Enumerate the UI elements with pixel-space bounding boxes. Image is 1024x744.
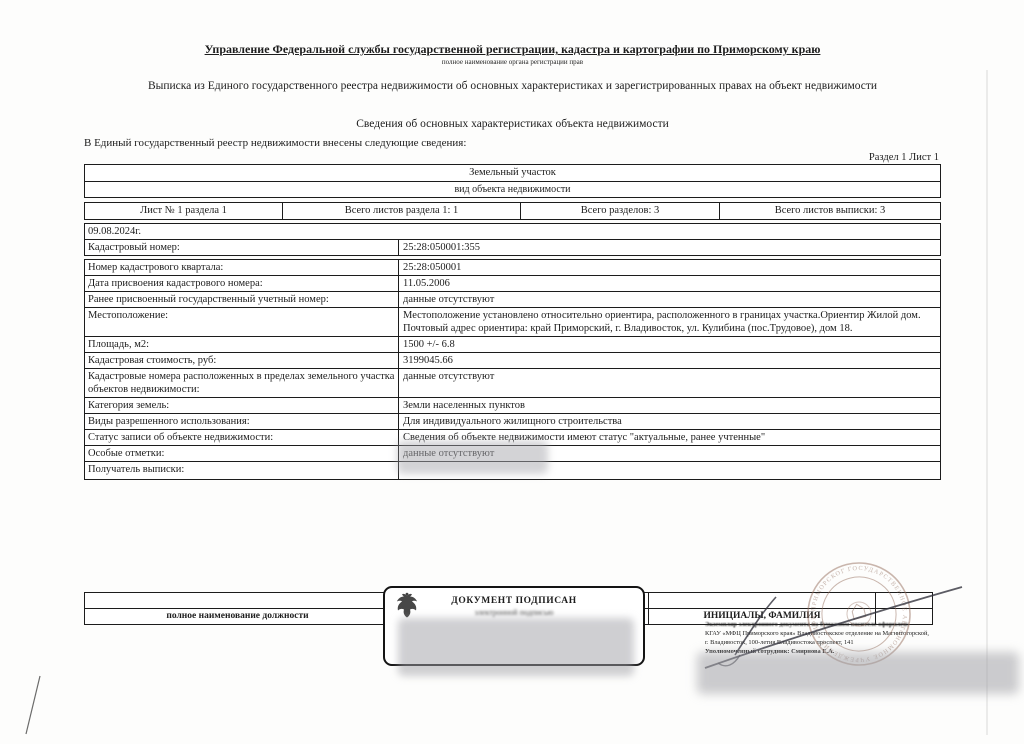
section-page-label: Раздел 1 Лист 1 <box>84 151 941 164</box>
table-row: Площадь, м2: 1500 +/- 6.8 <box>85 336 940 352</box>
row-label: Особые отметки: <box>85 446 399 461</box>
stamp-title: ДОКУМЕНТ ПОДПИСАН <box>385 596 643 607</box>
intro-line: В Единый государственный реестр недвижим… <box>84 137 941 150</box>
table-row: Категория земель: Земли населенных пункт… <box>85 397 940 413</box>
row-value: 1500 +/- 6.8 <box>399 337 940 352</box>
table-row: Номер кадастрового квартала: 25:28:05000… <box>85 260 940 275</box>
sheet-cell: Всего листов раздела 1: 1 <box>283 203 521 219</box>
row-label: Категория земель: <box>85 398 399 413</box>
row-label: Получатель выписки: <box>85 462 399 479</box>
row-label: Дата присвоения кадастрового номера: <box>85 276 399 291</box>
org-subtitle: полное наименование органа регистрации п… <box>84 58 941 66</box>
row-value: Земли населенных пунктов <box>399 398 940 413</box>
certificate-redaction-blur <box>398 618 634 676</box>
row-value: данные отсутствуют <box>399 292 940 307</box>
scanned-document-page: Управление Федеральной службы государств… <box>0 0 1024 744</box>
row-label: Номер кадастрового квартала: <box>85 260 399 275</box>
redaction-blur <box>397 441 548 474</box>
sheet-cell: Лист № 1 раздела 1 <box>85 203 283 219</box>
row-label: Кадастровая стоимость, руб: <box>85 353 399 368</box>
row-value: Для индивидуального жилищного строительс… <box>399 414 940 429</box>
row-label: Виды разрешенного использования: <box>85 414 399 429</box>
row-value: 25:28:050001 <box>399 260 940 275</box>
row-label: Площадь, м2: <box>85 337 399 352</box>
row-value: 25:28:050001:355 <box>399 240 940 255</box>
object-type-caption: вид объекта недвижимости <box>85 182 940 197</box>
row-value: данные отсутствуют <box>399 369 940 397</box>
table-row: Дата присвоения кадастрового номера: 11.… <box>85 275 940 291</box>
table-row: Виды разрешенного использования: Для инд… <box>85 413 940 429</box>
pen-mark <box>18 670 48 744</box>
date-cadastral-table: 09.08.2024г. Кадастровый номер: 25:28:05… <box>84 223 941 256</box>
row-label: Статус записи об объекте недвижимости: <box>85 430 399 445</box>
document-body: Управление Федеральной службы государств… <box>84 0 941 480</box>
table-row: Местоположение: Местоположение установле… <box>85 307 940 336</box>
row-value: 11.05.2006 <box>399 276 940 291</box>
object-type-table: Земельный участок вид объекта недвижимос… <box>84 164 941 198</box>
row-label: Местоположение: <box>85 308 399 336</box>
row-label: Кадастровый номер: <box>85 240 399 255</box>
sheet-cell: Всего разделов: 3 <box>521 203 720 219</box>
row-label: Ранее присвоенный государственный учетны… <box>85 292 399 307</box>
section-title: Сведения об основных характеристиках объ… <box>84 117 941 131</box>
sheet-info-table: Лист № 1 раздела 1 Всего листов раздела … <box>84 202 941 220</box>
position-caption: полное наименование должности <box>85 609 391 624</box>
position-blank-cell <box>85 593 391 608</box>
table-row: Кадастровая стоимость, руб: 3199045.66 <box>85 352 940 368</box>
scan-edge-line <box>986 70 988 735</box>
row-value: Местоположение установлено относительно … <box>399 308 940 336</box>
row-value: 3199045.66 <box>399 353 940 368</box>
object-type-value: Земельный участок <box>85 165 940 181</box>
signature-redaction-blur <box>697 652 1019 694</box>
extract-date: 09.08.2024г. <box>85 224 940 239</box>
sheet-cell: Всего листов выписки: 3 <box>720 203 940 219</box>
table-row: Кадастровые номера расположенных в преде… <box>85 368 940 397</box>
doc-title: Выписка из Единого государственного реес… <box>84 79 941 93</box>
org-title: Управление Федеральной службы государств… <box>84 42 941 57</box>
stamp-subtitle: электронной подписью <box>385 608 643 617</box>
table-row: Ранее присвоенный государственный учетны… <box>85 291 940 307</box>
row-label: Кадастровые номера расположенных в преде… <box>85 369 399 397</box>
